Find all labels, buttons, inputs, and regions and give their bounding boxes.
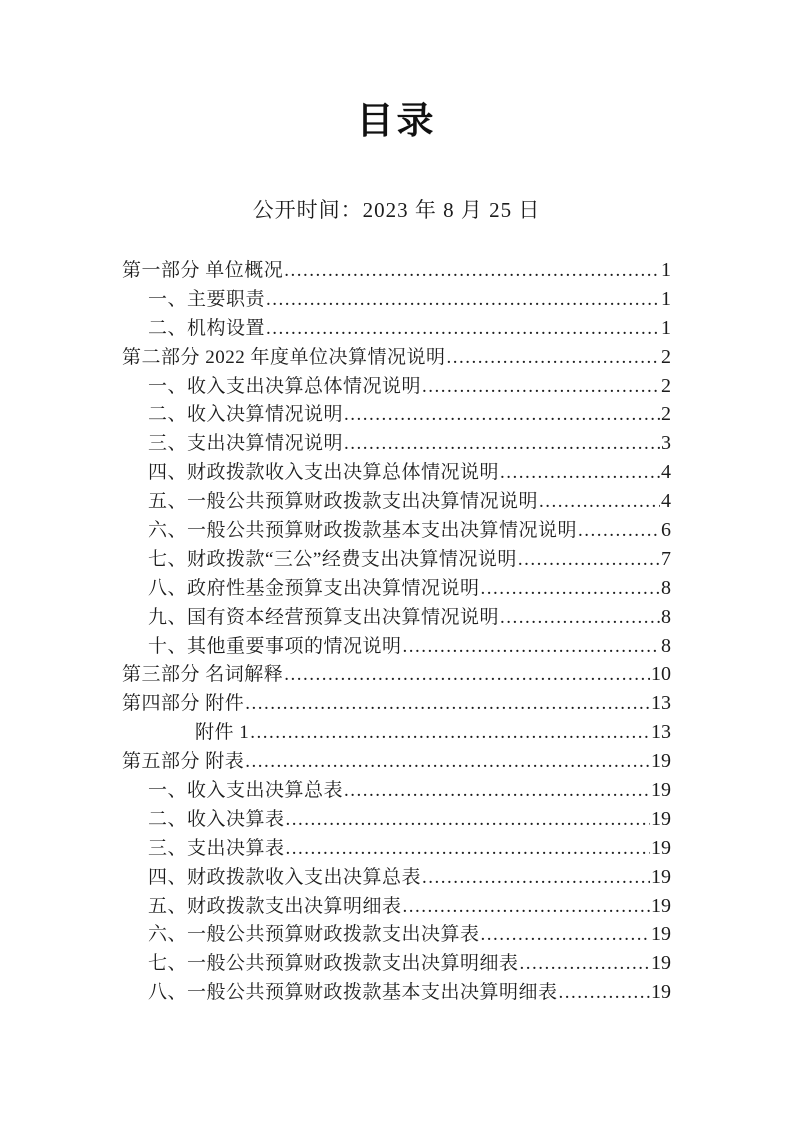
toc-entry-page-number: 2: [661, 372, 671, 401]
toc-entry-label: 四、财政拨款收入支出决算总体情况说明: [148, 459, 499, 488]
toc-entry-page-number: 13: [651, 689, 671, 718]
toc-entry-page-number: 2: [661, 343, 671, 372]
toc-entry[interactable]: 四、财政拨款收入支出决算总表 19: [122, 863, 671, 892]
toc-entry-leader-dots: [559, 979, 650, 1008]
toc-entry-page-number: 19: [651, 892, 671, 921]
toc-entry-label: 五、财政拨款支出决算明细表: [148, 893, 402, 922]
toc-entry-page-number: 19: [651, 863, 671, 892]
toc-entry-page-number: 10: [651, 660, 671, 689]
toc-entry-label: 六、一般公共预算财政拨款基本支出决算情况说明: [148, 517, 577, 546]
toc-entry-label: 十、其他重要事项的情况说明: [148, 633, 402, 662]
toc-entry[interactable]: 九、国有资本经营预算支出决算情况说明 8: [122, 603, 671, 632]
toc-entry-leader-dots: [250, 719, 650, 748]
toc-entry-leader-dots: [403, 633, 660, 662]
toc-entry[interactable]: 六、一般公共预算财政拨款基本支出决算情况说明 6: [122, 516, 671, 545]
toc-entry-leader-dots: [500, 604, 660, 633]
toc-entry[interactable]: 五、一般公共预算财政拨款支出决算情况说明 4: [122, 487, 671, 516]
toc-entry-page-number: 6: [661, 516, 671, 545]
toc-entry-label: 六、一般公共预算财政拨款支出决算表: [148, 921, 480, 950]
toc-entry-label: 三、支出决算表: [148, 835, 285, 864]
toc-entry-label: 第三部分 名词解释: [122, 661, 283, 690]
toc-entry[interactable]: 十、其他重要事项的情况说明 8: [122, 632, 671, 661]
toc-entry[interactable]: 七、一般公共预算财政拨款支出决算明细表 19: [122, 949, 671, 978]
toc-entry[interactable]: 一、收入支出决算总表 19: [122, 776, 671, 805]
toc-entry-leader-dots: [284, 257, 660, 286]
toc-entry[interactable]: 八、一般公共预算财政拨款基本支出决算明细表 19: [122, 978, 671, 1007]
toc-entry-label: 附件 1: [195, 719, 249, 748]
toc-entry-page-number: 19: [651, 747, 671, 776]
toc-entry-page-number: 4: [661, 487, 671, 516]
toc-entry[interactable]: 附件 1 13: [122, 718, 671, 747]
toc-entry[interactable]: 第五部分 附表 19: [122, 747, 671, 776]
toc-list: 第一部分 单位概况 1 一、主要职责 1 二、机构设置 1 第二部分 2022 …: [122, 256, 671, 1007]
toc-entry-label: 二、收入决算情况说明: [148, 401, 343, 430]
toc-entry-leader-dots: [422, 864, 650, 893]
toc-entry-label: 第二部分 2022 年度单位决算情况说明: [122, 344, 446, 373]
toc-entry-label: 第四部分 附件: [122, 690, 244, 719]
toc-entry[interactable]: 三、支出决算情况说明 3: [122, 429, 671, 458]
toc-entry-leader-dots: [422, 373, 660, 402]
toc-entry-page-number: 1: [661, 285, 671, 314]
toc-entry-leader-dots: [344, 401, 660, 430]
toc-entry-leader-dots: [266, 315, 660, 344]
toc-entry-leader-dots: [481, 921, 650, 950]
publish-date-line: 公开时间：2023 年 8 月 25 日: [0, 194, 793, 224]
toc-entry-page-number: 3: [661, 429, 671, 458]
toc-entry[interactable]: 第一部分 单位概况 1: [122, 256, 671, 285]
toc-entry[interactable]: 五、财政拨款支出决算明细表 19: [122, 892, 671, 921]
toc-entry-leader-dots: [500, 459, 660, 488]
toc-entry-page-number: 1: [661, 256, 671, 285]
toc-entry-leader-dots: [403, 893, 650, 922]
toc-entry-leader-dots: [245, 748, 650, 777]
toc-entry-leader-dots: [447, 344, 660, 373]
toc-entry[interactable]: 一、收入支出决算总体情况说明 2: [122, 372, 671, 401]
toc-entry[interactable]: 第四部分 附件 13: [122, 689, 671, 718]
toc-entry[interactable]: 四、财政拨款收入支出决算总体情况说明 4: [122, 458, 671, 487]
toc-entry-page-number: 4: [661, 458, 671, 487]
toc-entry-label: 九、国有资本经营预算支出决算情况说明: [148, 604, 499, 633]
toc-entry-page-number: 19: [651, 920, 671, 949]
toc-entry-page-number: 8: [661, 632, 671, 661]
toc-entry[interactable]: 二、收入决算情况说明 2: [122, 400, 671, 429]
toc-entry[interactable]: 八、政府性基金预算支出决算情况说明 8: [122, 574, 671, 603]
toc-entry-label: 一、主要职责: [148, 286, 265, 315]
toc-entry[interactable]: 第三部分 名词解释 10: [122, 660, 671, 689]
page-title: 目录: [0, 90, 793, 144]
toc-entry[interactable]: 七、财政拨款“三公”经费支出决算情况说明 7: [122, 545, 671, 574]
toc-entry-label: 一、收入支出决算总体情况说明: [148, 373, 421, 402]
toc-entry-leader-dots: [266, 286, 660, 315]
toc-entry[interactable]: 二、收入决算表 19: [122, 805, 671, 834]
toc-entry-page-number: 1: [661, 314, 671, 343]
toc-entry[interactable]: 三、支出决算表 19: [122, 834, 671, 863]
toc-entry-label: 二、机构设置: [148, 315, 265, 344]
toc-entry-leader-dots: [286, 835, 650, 864]
toc-entry-leader-dots: [286, 806, 650, 835]
toc-entry-page-number: 19: [651, 834, 671, 863]
toc-entry-page-number: 19: [651, 805, 671, 834]
toc-entry-page-number: 19: [651, 776, 671, 805]
toc-entry-leader-dots: [539, 488, 660, 517]
toc-entry-leader-dots: [578, 517, 660, 546]
toc-entry-leader-dots: [520, 950, 650, 979]
toc-entry-label: 四、财政拨款收入支出决算总表: [148, 864, 421, 893]
toc-entry-label: 三、支出决算情况说明: [148, 430, 343, 459]
toc-entry[interactable]: 二、机构设置 1: [122, 314, 671, 343]
toc-entry-label: 七、财政拨款“三公”经费支出决算情况说明: [148, 546, 517, 575]
toc-entry-label: 七、一般公共预算财政拨款支出决算明细表: [148, 950, 519, 979]
toc-entry-leader-dots: [481, 575, 660, 604]
toc-entry-leader-dots: [344, 777, 650, 806]
document-page: 目录 公开时间：2023 年 8 月 25 日 第一部分 单位概况 1 一、主要…: [0, 0, 793, 1122]
toc-entry-page-number: 13: [651, 718, 671, 747]
toc-entry-label: 八、政府性基金预算支出决算情况说明: [148, 575, 480, 604]
toc-entry-page-number: 8: [661, 603, 671, 632]
toc-entry[interactable]: 第二部分 2022 年度单位决算情况说明 2: [122, 343, 671, 372]
toc-entry-leader-dots: [344, 430, 660, 459]
toc-entry[interactable]: 六、一般公共预算财政拨款支出决算表 19: [122, 920, 671, 949]
toc-entry-label: 二、收入决算表: [148, 806, 285, 835]
toc-entry-leader-dots: [284, 661, 650, 690]
toc-entry-label: 一、收入支出决算总表: [148, 777, 343, 806]
toc-entry-page-number: 19: [651, 949, 671, 978]
toc-entry[interactable]: 一、主要职责 1: [122, 285, 671, 314]
toc-entry-label: 五、一般公共预算财政拨款支出决算情况说明: [148, 488, 538, 517]
toc-entry-page-number: 2: [661, 400, 671, 429]
toc-entry-label: 第一部分 单位概况: [122, 257, 283, 286]
toc-entry-page-number: 7: [661, 545, 671, 574]
toc-entry-page-number: 8: [661, 574, 671, 603]
toc-entry-label: 八、一般公共预算财政拨款基本支出决算明细表: [148, 979, 558, 1008]
toc-entry-page-number: 19: [651, 978, 671, 1007]
toc-entry-label: 第五部分 附表: [122, 748, 244, 777]
toc-entry-leader-dots: [518, 546, 660, 575]
toc-entry-leader-dots: [245, 690, 650, 719]
